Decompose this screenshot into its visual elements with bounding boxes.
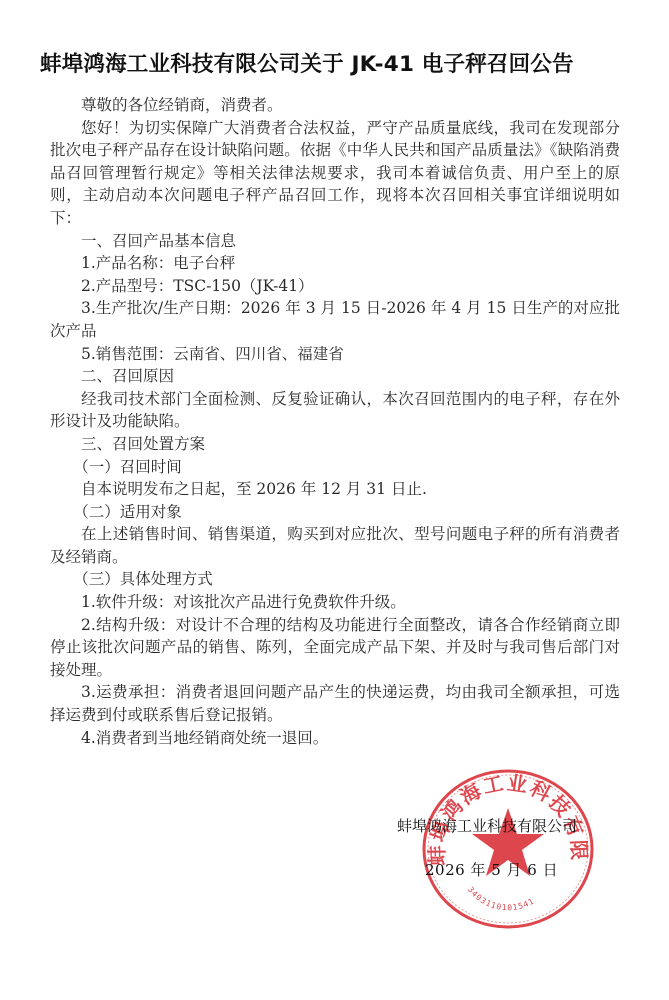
method-structure-upgrade: 2.结构升级：对设计不合理的结构及功能进行全面整改，请各合作经销商立即停止该批次… xyxy=(50,614,620,682)
handling-method-heading: （三）具体处理方式 xyxy=(50,568,620,591)
intro-paragraph: 您好！为切实保障广大消费者合法权益，严守产品质量底线，我司在发现部分批次电子秤产… xyxy=(50,117,620,230)
product-name: 1.产品名称：电子台秤 xyxy=(50,252,620,275)
svg-text:3403110101541: 3403110101541 xyxy=(466,885,536,912)
method-software-upgrade: 1.软件升级：对该批次产品进行免费软件升级。 xyxy=(50,591,620,614)
section-heading-recall-plan: 三、召回处置方案 xyxy=(50,433,620,456)
product-model: 2.产品型号：TSC-150（JK-41） xyxy=(50,275,620,298)
method-return: 4.消费者到当地经销商处统一退回。 xyxy=(50,727,620,750)
recall-time-text: 自本说明发布之日起，至 2026 年 12 月 31 日止. xyxy=(50,478,620,501)
recall-time-heading: （一）召回时间 xyxy=(50,456,620,479)
production-batch: 3.生产批次/生产日期：2026 年 3 月 15 日-2026 年 4 月 1… xyxy=(50,297,620,342)
applicable-scope-text: 在上述销售时间、销售渠道，购买到对应批次、型号问题电子秤的所有消费者及经销商。 xyxy=(50,523,620,568)
salutation: 尊敬的各位经销商，消费者。 xyxy=(50,94,620,117)
sales-scope: 5.销售范围：云南省、四川省、福建省 xyxy=(50,343,620,366)
document-title: 蚌埠鸿海工业科技有限公司关于 JK-41 电子秤召回公告 xyxy=(40,47,640,78)
section-heading-recall-reason: 二、召回原因 xyxy=(50,365,620,388)
company-seal-icon: 蚌埠鸿海工业科技有限公司 3403110101541 xyxy=(418,766,598,932)
method-shipping-cost: 3.运费承担：消费者退回问题产品产生的快递运费，均由我司全额承担，可选择运费到付… xyxy=(50,681,620,726)
signature-date: 2026 年 5 月 6 日 xyxy=(425,859,558,880)
document-body: 尊敬的各位经销商，消费者。 您好！为切实保障广大消费者合法权益，严守产品质量底线… xyxy=(50,94,620,749)
recall-reason-text: 经我司技术部门全面检测、反复验证确认，本次召回范围内的电子秤，存在外形设计及功能… xyxy=(50,388,620,433)
signature-company: 蚌埠鸿海工业科技有限公司 xyxy=(397,815,577,836)
applicable-scope-heading: （二）适用对象 xyxy=(50,501,620,524)
section-heading-product-info: 一、召回产品基本信息 xyxy=(50,230,620,253)
